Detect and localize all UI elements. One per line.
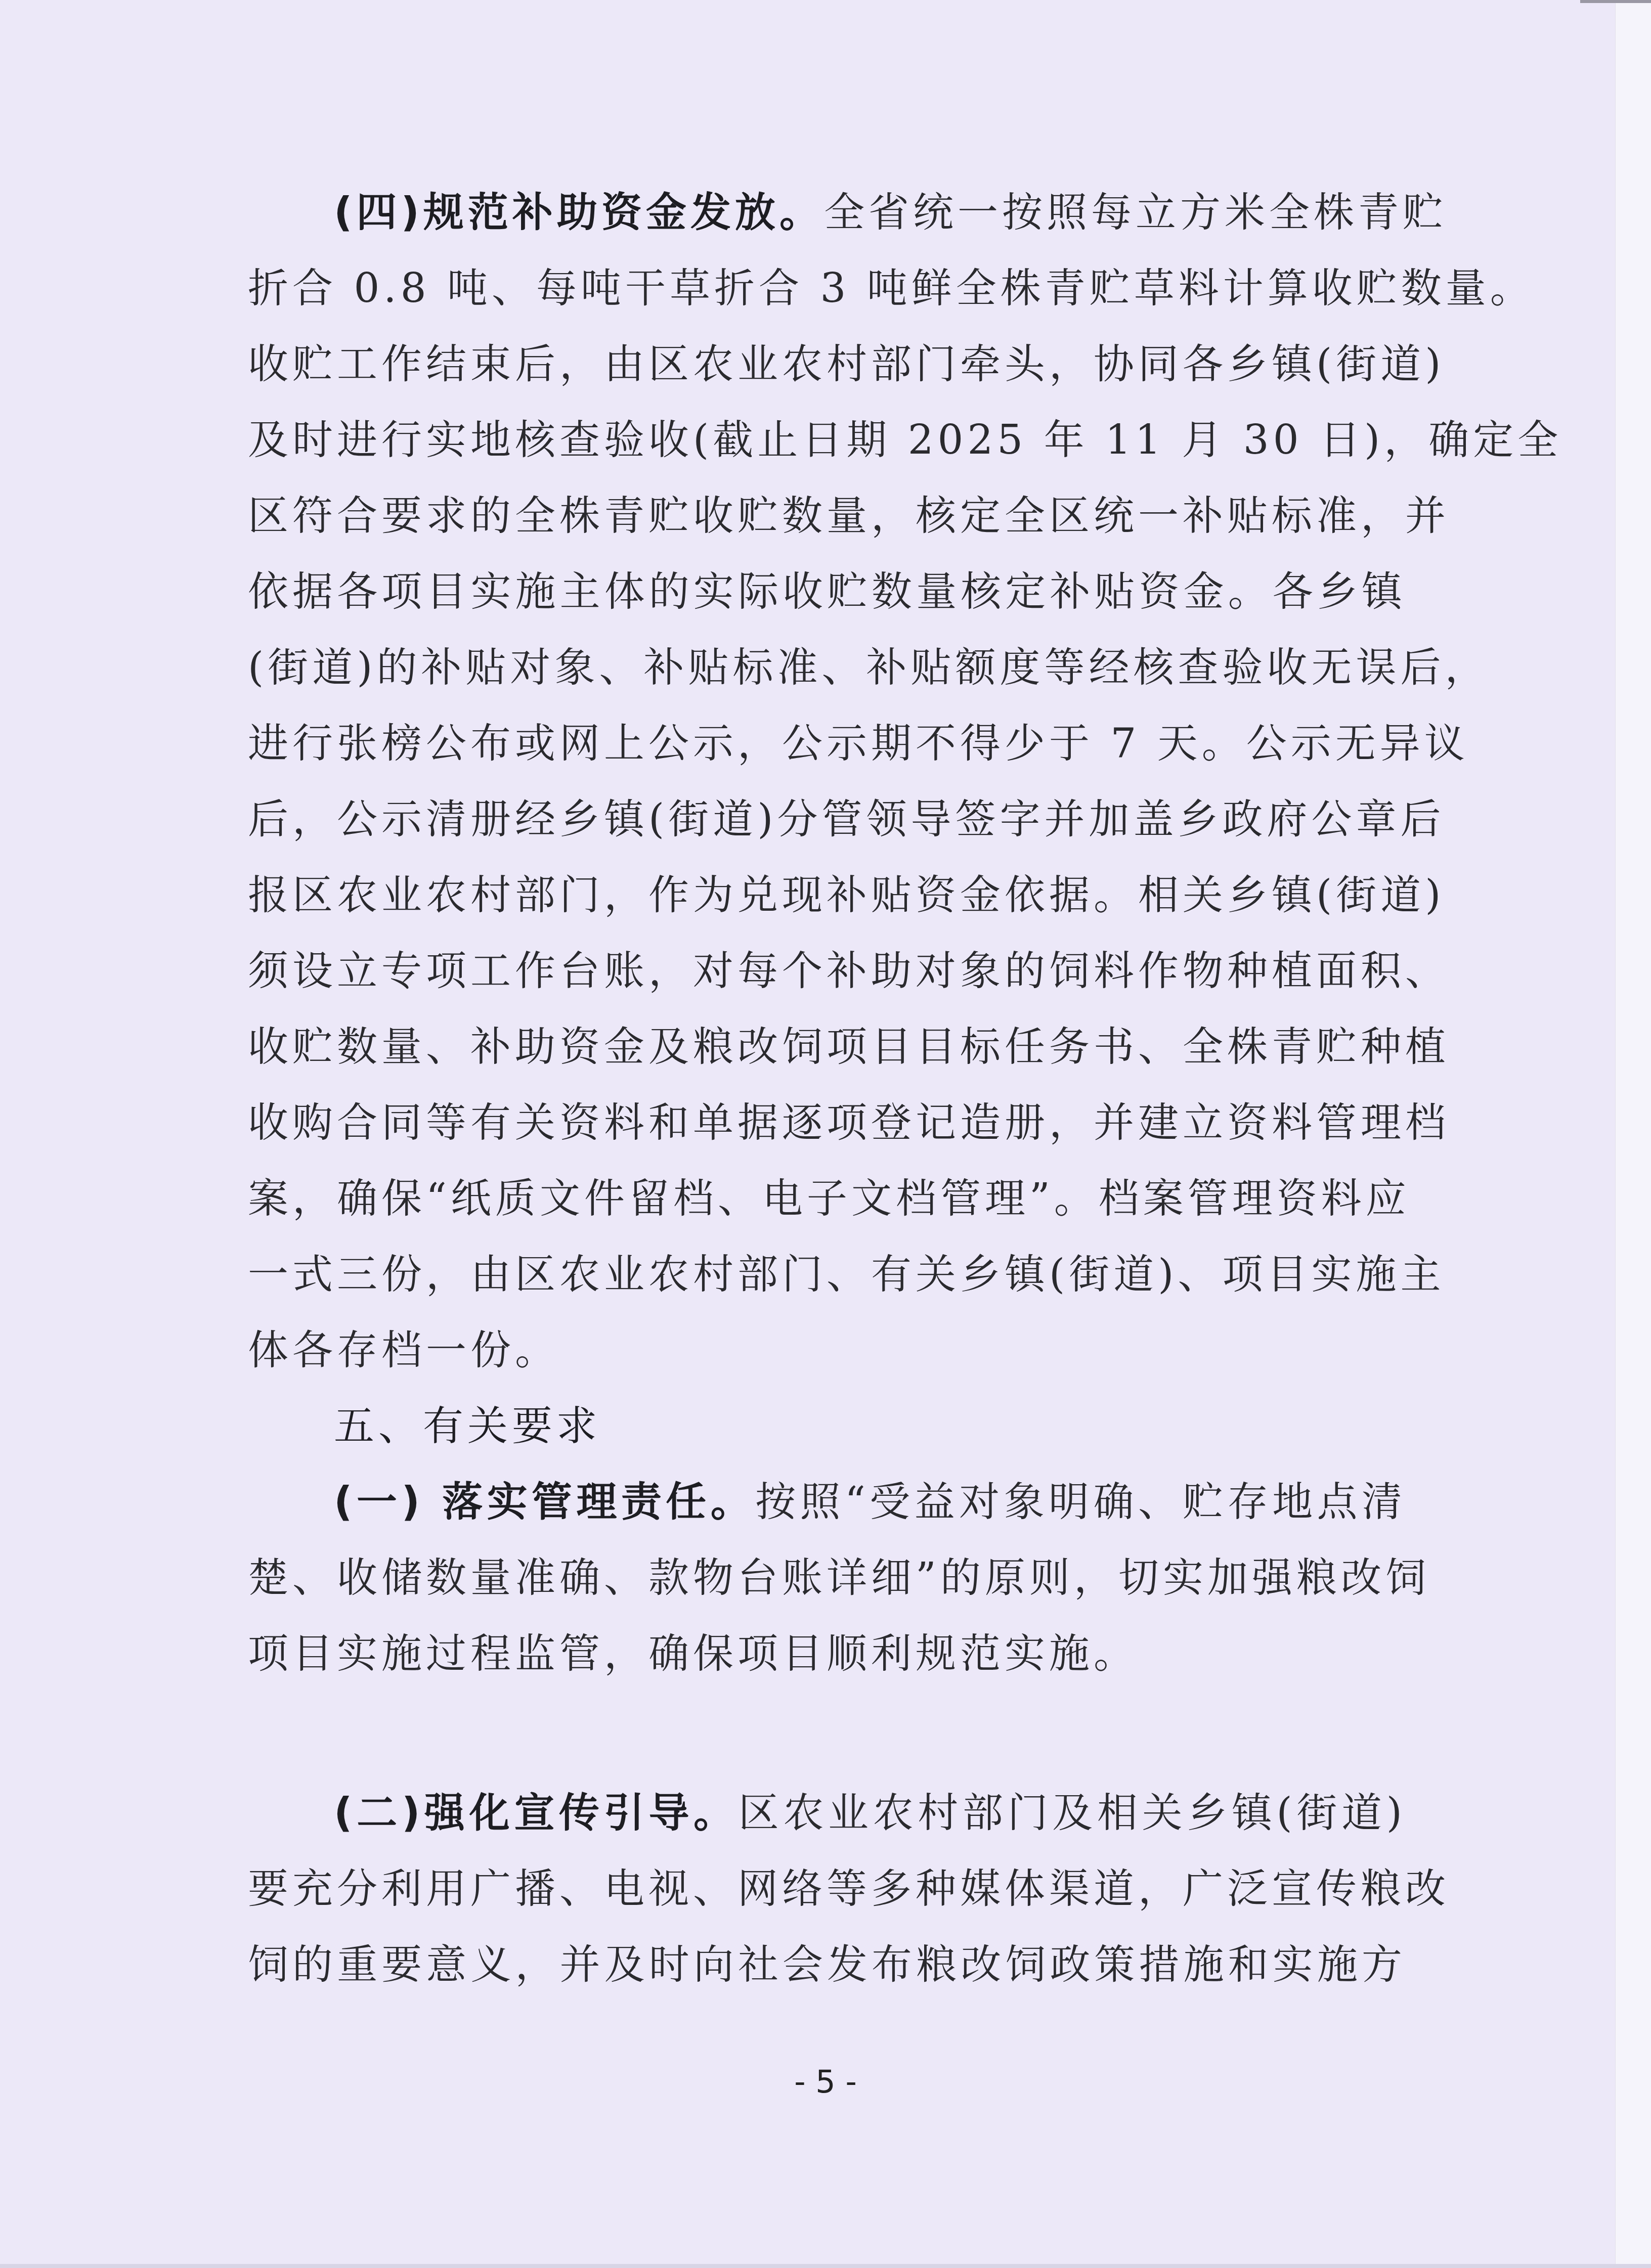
paragraph-line: 体各存档一份。 xyxy=(248,1320,1406,1381)
document-page: (四)规范补助资金发放。全省统一按照每立方米全株青贮 折合 0.8 吨、每吨干草… xyxy=(0,0,1651,2268)
paragraph-line: (街道)的补贴对象、补贴标准、补贴额度等经核查验收无误后， xyxy=(248,637,1406,698)
paragraph-line: (二)强化宣传引导。区农业农村部门及相关乡镇(街道) xyxy=(334,1783,1406,1843)
paragraph-line: 进行张榜公布或网上公示，公示期不得少于 7 天。公示无异议 xyxy=(248,713,1406,774)
page-number: - 5 - xyxy=(0,2063,1651,2100)
item-lead-title: (二)强化宣传引导。 xyxy=(334,1789,738,1836)
paragraph-line: 须设立专项工作台账，对每个补助对象的饲料作物种植面积、 xyxy=(248,941,1406,1001)
paragraph-text: 区农业农村部门及相关乡镇(街道) xyxy=(738,1789,1406,1836)
paragraph-line: 及时进行实地核查验收(截止日期 2025 年 11 月 30 日)，确定全 xyxy=(248,410,1406,470)
item-lead-title: (一) 落实管理责任。 xyxy=(334,1478,755,1525)
section-lead-title: (四)规范补助资金发放。 xyxy=(334,189,824,236)
paragraph-line: 楚、收储数量准确、款物台账详细”的原则，切实加强粮改饲 xyxy=(248,1547,1406,1608)
paragraph-line: 依据各项目实施主体的实际收贮数量核定补贴资金。各乡镇 xyxy=(248,561,1406,622)
paragraph-line: 收贮工作结束后，由区农业农村部门牵头，协同各乡镇(街道) xyxy=(248,334,1406,394)
paragraph-text: 全省统一按照每立方米全株青贮 xyxy=(824,189,1447,236)
paragraph-line: 区符合要求的全株青贮收贮数量，核定全区统一补贴标准，并 xyxy=(248,485,1406,546)
paragraph-line: 后，公示清册经乡镇(街道)分管领导签字并加盖乡政府公章后 xyxy=(248,789,1406,850)
paragraph-line: 收贮数量、补助资金及粮改饲项目目标任务书、全株青贮种植 xyxy=(248,1016,1406,1077)
chapter-heading: 五、有关要求 xyxy=(334,1396,1406,1456)
paragraph-text: 按照“受益对象明确、贮存地点清 xyxy=(755,1478,1406,1525)
paragraph-line: 一式三份，由区农业农村部门、有关乡镇(街道)、项目实施主 xyxy=(248,1244,1406,1305)
paragraph-line: 收购合同等有关资料和单据逐项登记造册，并建立资料管理档 xyxy=(248,1092,1406,1153)
paragraph-line: 饲的重要意义，并及时向社会发布粮改饲政策措施和实施方 xyxy=(248,1934,1406,1995)
paragraph-line: 案，确保“纸质文件留档、电子文档管理”。档案管理资料应 xyxy=(248,1168,1406,1229)
paragraph-line: 要充分利用广播、电视、网络等多种媒体渠道，广泛宣传粮改 xyxy=(248,1858,1406,1919)
paragraph-line: 项目实施过程监管，确保项目顺利规范实施。 xyxy=(248,1623,1406,1684)
paragraph-line: 报区农业农村部门，作为兑现补贴资金依据。相关乡镇(街道) xyxy=(248,865,1406,925)
paragraph-line: 折合 0.8 吨、每吨干草折合 3 吨鲜全株青贮草料计算收贮数量。 xyxy=(248,258,1406,319)
paragraph-line: (四)规范补助资金发放。全省统一按照每立方米全株青贮 xyxy=(334,182,1406,243)
paragraph-line: (一) 落实管理责任。按照“受益对象明确、贮存地点清 xyxy=(334,1472,1406,1532)
